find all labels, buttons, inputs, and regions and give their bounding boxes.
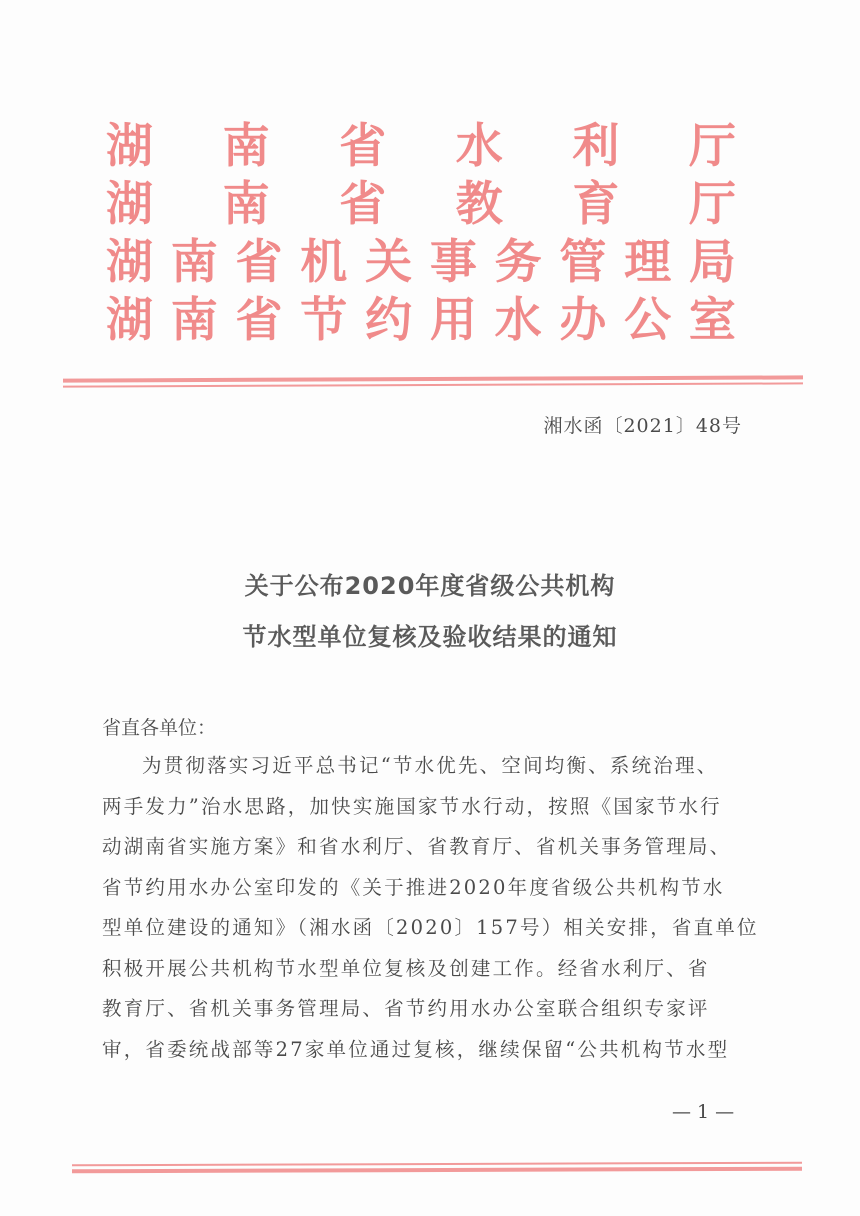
header-char: 利 — [572, 118, 619, 176]
footer-rule-thin — [72, 1162, 802, 1166]
body-line: 为贯彻落实习近平总书记“节水优先、空间均衡、系统治理、 — [102, 746, 744, 787]
header-char: 公 — [624, 292, 671, 350]
header-char: 事 — [430, 234, 477, 292]
issuer-water-resources-dept: 湖 南 省 水 利 厅 — [106, 118, 736, 176]
footer-rule-thick — [72, 1167, 802, 1174]
header-char: 南 — [171, 234, 218, 292]
header-char: 教 — [456, 176, 503, 234]
header-char: 水 — [456, 118, 503, 176]
issuer-government-offices-admin: 湖 南 省 机 关 事 务 管 理 局 — [106, 234, 736, 292]
header-char: 室 — [689, 292, 736, 350]
header-char: 湖 — [106, 234, 153, 292]
header-char: 管 — [559, 234, 606, 292]
header-char: 厅 — [689, 176, 736, 234]
header-char: 办 — [559, 292, 606, 350]
header-char: 机 — [300, 234, 347, 292]
salutation: 省直各单位： — [102, 713, 216, 740]
header-char: 局 — [689, 234, 736, 292]
header-char: 湖 — [106, 118, 153, 176]
body-line: 省节约用水办公室印发的《关于推进2020年度省级公共机构节水 — [102, 868, 744, 909]
header-char: 育 — [572, 176, 619, 234]
header-char: 水 — [495, 292, 542, 350]
header-char: 务 — [495, 234, 542, 292]
header-char: 节 — [300, 292, 347, 350]
header-char: 省 — [339, 176, 386, 234]
document-number: 湘水函〔2021〕48号 — [543, 411, 742, 438]
header-rule-thin — [63, 382, 803, 387]
issuer-education-dept: 湖 南 省 教 育 厅 — [106, 176, 736, 234]
header-char: 关 — [365, 234, 412, 292]
document-title-line1: 关于公布2020年度省级公共机构 — [0, 566, 860, 601]
header-char: 湖 — [106, 292, 153, 350]
page-number: — 1 — — [672, 1101, 734, 1123]
body-line: 型单位建设的通知》（湘水函〔2020〕157号）相关安排，省直单位 — [102, 908, 744, 949]
header-char: 约 — [365, 292, 412, 350]
header-char: 理 — [624, 234, 671, 292]
header-char: 省 — [236, 234, 283, 292]
header-rule-thick — [63, 375, 803, 382]
header-char: 用 — [430, 292, 477, 350]
body-line: 动湖南省实施方案》和省水利厅、省教育厅、省机关事务管理局、 — [102, 827, 744, 868]
document-page: 湖 南 省 水 利 厅 湖 南 省 教 育 厅 湖 南 省 机 关 事 务 管 … — [0, 0, 860, 1216]
header-char: 省 — [339, 118, 386, 176]
header-char: 南 — [223, 176, 270, 234]
issuer-water-saving-office: 湖 南 省 节 约 用 水 办 公 室 — [106, 292, 736, 350]
body-line: 审，省委统战部等27家单位通过复核，继续保留“公共机构节水型 — [102, 1030, 744, 1071]
body-line: 积极开展公共机构节水型单位复核及创建工作。经省水利厅、省 — [102, 949, 744, 990]
document-title-line2: 节水型单位复核及验收结果的通知 — [0, 617, 860, 652]
header-char: 南 — [171, 292, 218, 350]
header-char: 湖 — [106, 176, 153, 234]
header-char: 南 — [223, 118, 270, 176]
red-header-issuers: 湖 南 省 水 利 厅 湖 南 省 教 育 厅 湖 南 省 机 关 事 务 管 … — [106, 118, 736, 350]
body-line: 两手发力”治水思路，加快实施国家节水行动，按照《国家节水行 — [102, 787, 744, 828]
body-paragraph: 为贯彻落实习近平总书记“节水优先、空间均衡、系统治理、 两手发力”治水思路，加快… — [102, 746, 744, 1070]
header-char: 省 — [236, 292, 283, 350]
body-line: 教育厅、省机关事务管理局、省节约用水办公室联合组织专家评 — [102, 989, 744, 1030]
header-char: 厅 — [689, 118, 736, 176]
